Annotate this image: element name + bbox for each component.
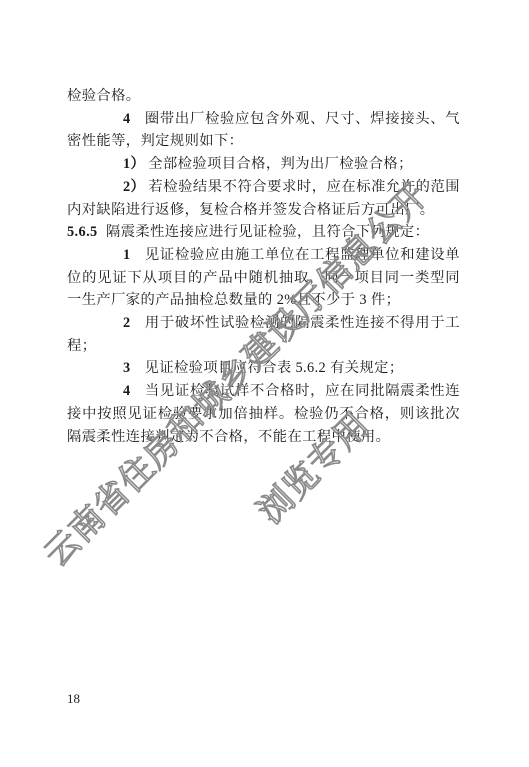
sub-item-number: 2） xyxy=(95,176,145,199)
document-page: 检验合格。 4圈带出厂检验应包含外观、尺寸、焊接接头、气密性能等，判定规则如下：… xyxy=(0,0,529,767)
item-text: 见证检验项目应符合表 5.6.2 有关规定； xyxy=(145,360,404,376)
paragraph-text: 检验合格。 xyxy=(67,88,140,104)
list-item-1-witness-sampling: 1见证检验应由施工单位在工程监理单位和建设单位的见证下从项目的产品中随机抽取，同… xyxy=(67,244,460,312)
clause-number: 5.6.5 xyxy=(67,221,106,244)
clause-text: 隔震柔性连接应进行见证检验，且符合下列规定： xyxy=(106,224,429,240)
list-item-4-factory-inspection: 4圈带出厂检验应包含外观、尺寸、焊接接头、气密性能等，判定规则如下： xyxy=(67,108,460,153)
page-body: 检验合格。 4圈带出厂检验应包含外观、尺寸、焊接接头、气密性能等，判定规则如下：… xyxy=(67,85,460,448)
page-number: 18 xyxy=(67,691,80,707)
list-item-4-failed-sample: 4当见证检验试样不合格时，应在同批隔震柔性连接中按照见证检验要求加倍抽样。检验仍… xyxy=(67,380,460,448)
paragraph-continuation: 检验合格。 xyxy=(67,85,460,108)
sub-item-1: 1）全部检验项目合格，判为出厂检验合格； xyxy=(67,153,460,176)
sub-item-2: 2）若检验结果不符合要求时，应在标准允许的范围内对缺陷进行返修，复检合格并签发合… xyxy=(67,176,460,221)
list-item-2-destructive-test: 2用于破坏性试验检测的隔震柔性连接不得用于工程； xyxy=(67,312,460,357)
sub-item-text: 全部检验项目合格，判为出厂检验合格； xyxy=(148,156,413,172)
item-number: 2 xyxy=(95,312,131,335)
sub-item-number: 1） xyxy=(95,153,145,176)
list-item-3-inspection-items: 3见证检验项目应符合表 5.6.2 有关规定； xyxy=(67,357,460,380)
item-number: 4 xyxy=(95,380,131,403)
item-number: 4 xyxy=(95,108,131,131)
item-number: 3 xyxy=(95,357,131,380)
clause-5-6-5: 5.6.5隔震柔性连接应进行见证检验，且符合下列规定： xyxy=(67,221,460,244)
item-number: 1 xyxy=(95,244,131,267)
